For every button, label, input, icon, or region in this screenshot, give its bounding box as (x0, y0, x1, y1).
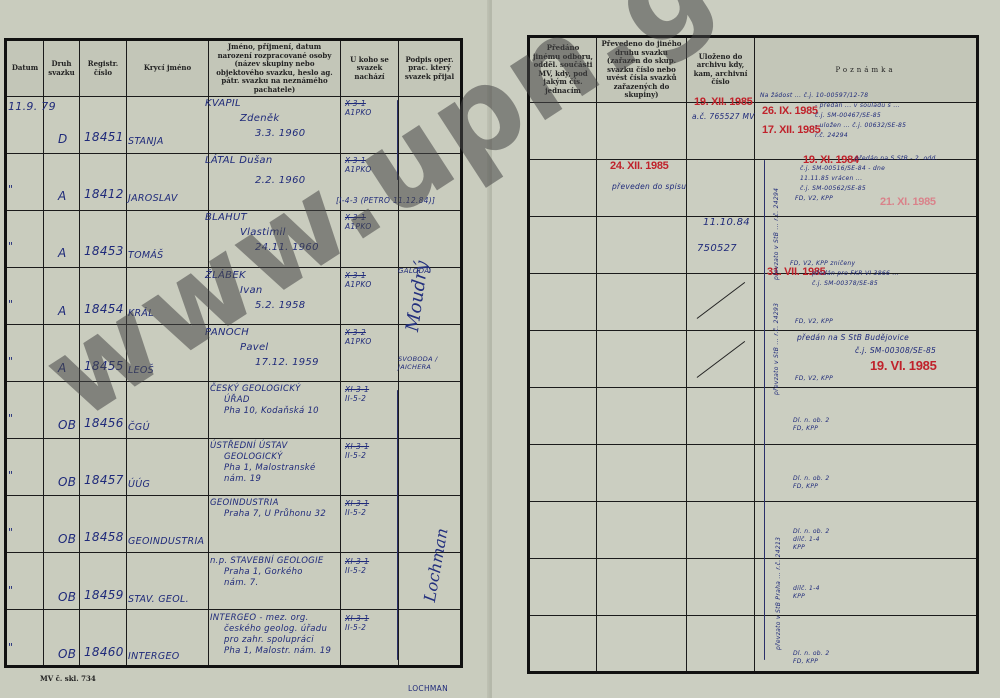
datum-value: " (8, 469, 13, 482)
poznamka-line: FD, V2, KPP (795, 318, 833, 325)
kryci-jmeno-value: JAROSLAV (128, 193, 178, 204)
poznamka-line: FD, KPP (793, 425, 818, 432)
osoba-line: 24.11. 1960 (255, 242, 319, 253)
registr-cislo-value: 18457 (84, 473, 124, 487)
kryci-jmeno-value: GEOINDUSTRIA (128, 536, 204, 547)
u-koho-line: A1PKO (345, 108, 372, 117)
u-koho-line: XI-3-1 (345, 385, 369, 394)
osoba-line: 5.2. 1958 (255, 300, 305, 311)
kryci-jmeno-value: KRÁL (128, 308, 154, 319)
u-koho-line: II-5-2 (345, 566, 366, 575)
right-cell (687, 558, 755, 615)
osoba-line: GEOINDUSTRIA (210, 498, 279, 508)
u-koho-line: II-5-2 (345, 623, 366, 632)
left-cell (80, 97, 127, 154)
kryci-jmeno-value: ÚÚG (128, 479, 150, 490)
poznamka-line: KPP (793, 544, 805, 551)
osoba-line: ÚSTŘEDNÍ ÚSTAV (210, 441, 288, 451)
right-cell (529, 558, 597, 615)
left-cell (399, 382, 462, 439)
right-cell (755, 558, 978, 615)
osoba-line: LÁTAL Dušan (205, 155, 272, 166)
osoba-line: Vlastimil (240, 227, 286, 238)
osoba-line: pro zahr. spolupráci (224, 635, 314, 645)
right-cell (597, 216, 687, 273)
u-koho-line: X-3-2 (345, 328, 366, 337)
osoba-line: českého geolog. úřadu (224, 624, 327, 634)
poznamka-line: 11.11.85 vrácen ... (800, 175, 862, 182)
archive-number: a.č. 765527 MV (692, 112, 755, 121)
poznamka-line: Dl. n. ob. 2 (793, 650, 829, 657)
registr-cislo-value: 18454 (84, 302, 124, 316)
transfer-note: převeden do spisu (612, 182, 686, 191)
poznamka-line: FD, V2, KPP (795, 195, 833, 202)
kryci-jmeno-value: ČGÚ (128, 422, 150, 433)
poznamka-line: č.j. SM-00467/SE-85 (815, 112, 881, 119)
right-cell (529, 216, 597, 273)
druh-value: OB (58, 418, 76, 432)
poznamka-line: předán na S StB - 2. odd. (855, 155, 938, 162)
right-cell (529, 102, 597, 159)
druh-value: OB (58, 647, 76, 661)
right-cell (597, 558, 687, 615)
left-cell (80, 268, 127, 325)
registr-cislo-value: 18412 (84, 187, 124, 201)
osoba-line: PANOCH (205, 327, 249, 338)
osoba-line: Praha 7, U Průhonu 32 (224, 509, 326, 519)
right-cell (529, 387, 597, 444)
left-cell (399, 211, 462, 268)
osoba-line: nám. 19 (224, 474, 261, 484)
right-table-row (529, 273, 978, 330)
poznamka-line: - předán ... v souladu s ... (815, 102, 900, 109)
datum-value: " (8, 355, 13, 368)
left-header-row: Datum Druh svazku Registr. číslo Krycí j… (6, 40, 462, 97)
poznamka-line: r.č. 24294 (815, 132, 848, 139)
registr-cislo-value: 18456 (84, 416, 124, 430)
poznamka-line: č.j. SM-00562/SE-85 (800, 185, 866, 192)
left-cell (6, 439, 44, 496)
osoba-line: Ivan (240, 285, 263, 296)
datum-value: " (8, 526, 13, 539)
osoba-line: Pha 1, Malostr. nám. 19 (224, 646, 331, 656)
u-koho-line: XI-3-1 (345, 614, 369, 623)
left-cell (6, 553, 44, 610)
right-table-row (529, 558, 978, 615)
osoba-line: ŽLÁBEK (205, 270, 246, 281)
kryci-jmeno-value: TOMÁŠ (128, 250, 164, 261)
right-cell (529, 273, 597, 330)
bracket-line (764, 160, 765, 660)
poznamka-line: - uložen ... č.j. 00632/SE-85 (815, 122, 906, 129)
druh-value: A (58, 189, 67, 203)
osoba-line: Praha 1, Gorkého (224, 567, 303, 577)
poznamka-line: Dl. n. ob. 2 (793, 475, 829, 482)
header-predano: Předáno jinému odboru, odděl. součásti M… (529, 37, 597, 103)
osoba-line: ÚŘAD (224, 395, 250, 405)
registr-cislo-value: 18455 (84, 359, 124, 373)
kryci-jmeno-value: STANJA (128, 136, 164, 147)
poznamka-line: č.j. SM-00516/SE-84 - dne (800, 165, 885, 172)
left-cell (399, 610, 462, 667)
druh-value: OB (58, 532, 76, 546)
right-cell (597, 102, 687, 159)
vertical-note: převzato v StB Praha ... r.č. 24213 (775, 537, 782, 650)
poznamka-line: Na žádost ... č.j. 10-00597/12-78 (760, 92, 868, 99)
left-cell (80, 211, 127, 268)
datum-value: " (8, 412, 13, 425)
u-koho-line: XI-3-1 (345, 557, 369, 566)
right-table-row (529, 615, 978, 672)
left-cell (80, 154, 127, 211)
right-cell (597, 330, 687, 387)
right-cell (755, 216, 978, 273)
poznamka-line: Dl. n. ob. 2 (793, 528, 829, 535)
kryci-jmeno-value: STAV. GEOL. (128, 594, 189, 605)
right-cell (529, 615, 597, 672)
left-cell (6, 382, 44, 439)
vertical-note: převzato v StB ... r.č. 24294 (773, 188, 780, 280)
header-u-koho: U koho se svazek nachází (341, 40, 399, 97)
header-ulozeno: Uloženo do archivu kdy, kam, archivní čí… (687, 37, 755, 103)
right-cell (597, 273, 687, 330)
left-cell (399, 325, 462, 382)
right-header-row: Předáno jinému odboru, odděl. součásti M… (529, 37, 978, 103)
datum-value: " (8, 298, 13, 311)
u-koho-line: II-5-2 (345, 508, 366, 517)
right-cell (755, 387, 978, 444)
right-cell (687, 102, 755, 159)
right-cell (529, 159, 597, 216)
podpis-svoboda: SVOBODA / JAICHERA (398, 355, 458, 371)
u-koho-line: A1PKO (345, 222, 372, 231)
right-cell (755, 501, 978, 558)
u-koho-line: II-5-2 (345, 394, 366, 403)
osoba-line: Pha 10, Kodaňská 10 (224, 406, 319, 416)
header-osoba: Jméno, příjmení, datum narození rozpraco… (209, 40, 341, 97)
registr-cislo-value: 18458 (84, 530, 124, 544)
osoba-line: nám. 7. (224, 578, 259, 588)
form-code: MV č. skl. 734 (40, 674, 96, 683)
left-cell (80, 325, 127, 382)
bracket-line (397, 390, 398, 660)
poznamka-line: FD, KPP (793, 483, 818, 490)
u-koho-line: X-3-1 (345, 99, 366, 108)
kryci-jmeno-value: LEOŠ (128, 365, 154, 376)
right-cell (597, 387, 687, 444)
right-cell (529, 444, 597, 501)
right-cell (687, 615, 755, 672)
archive-stamp: 19. XII. 1985 (694, 96, 752, 108)
date-stamp: 26. IX. 1985 (762, 105, 818, 117)
date-stamp-faded: 21. XI. 1985 (880, 196, 936, 208)
osoba-line: ČESKÝ GEOLOGICKÝ (210, 384, 301, 394)
u-koho-line: II-5-2 (345, 451, 366, 460)
registr-cislo-value: 18453 (84, 244, 124, 258)
right-cell (687, 387, 755, 444)
poznamka-line: Dl. n. ob. 2 (793, 417, 829, 424)
right-table-row (529, 444, 978, 501)
right-cell (597, 501, 687, 558)
left-cell (399, 439, 462, 496)
osoba-line: Zdeněk (240, 113, 279, 124)
right-table-row (529, 501, 978, 558)
u-koho-line: XI-3-1 (345, 442, 369, 451)
druh-value: A (58, 246, 67, 260)
poznamka-line: KPP (793, 593, 805, 600)
poznamka-line: předán pro FKR-VI 3866 ... (812, 270, 899, 277)
right-cell (597, 615, 687, 672)
poznamka-line: předán na S StB Budějovice (797, 333, 909, 342)
right-cell (529, 501, 597, 558)
registr-cislo-value: 18451 (84, 130, 124, 144)
date-stamp: 17. XII. 1985 (762, 124, 820, 136)
header-poznamka-label: Poznámka (835, 66, 895, 74)
date-stamp: 19. VI. 1985 (870, 358, 937, 373)
left-cell (6, 154, 44, 211)
podpis-galoda: GALODA (398, 267, 429, 275)
osoba-line: 3.3. 1960 (255, 128, 305, 139)
u-koho-line: X-3-1 (345, 213, 366, 222)
osoba-line: 2.2. 1960 (255, 175, 305, 186)
osoba-line: INTERGEO - mez. org. (210, 613, 309, 623)
left-cell (399, 97, 462, 154)
header-registr-cislo: Registr. číslo (80, 40, 127, 97)
right-table-row (529, 102, 978, 159)
right-cell (755, 444, 978, 501)
bracket-line (397, 100, 398, 180)
datum-value: " (8, 240, 13, 253)
registr-cislo-value: 18459 (84, 588, 124, 602)
archive-date: 11.10.84 (703, 217, 750, 228)
right-cell (687, 159, 755, 216)
osoba-line: 17.12. 1959 (255, 357, 319, 368)
druh-value: D (58, 132, 68, 146)
header-druh-svazku: Druh svazku (44, 40, 80, 97)
datum-value: " (8, 641, 13, 654)
transfer-stamp: 24. XII. 1985 (610, 160, 668, 172)
osoba-line: KVAPIL (205, 98, 241, 109)
left-cell (6, 268, 44, 325)
u-koho-line: X-3-1 (345, 156, 366, 165)
osoba-line: Pha 1, Malostranské (224, 463, 315, 473)
osoba-line: BLAHUT (205, 212, 247, 223)
osoba-line: n.p. STAVEBNÍ GEOLOGIE (210, 556, 324, 566)
right-cell (687, 444, 755, 501)
right-table-row (529, 387, 978, 444)
osoba-line: GEOLOGICKÝ (224, 452, 283, 462)
datum-value: " (8, 584, 13, 597)
druh-value: OB (58, 590, 76, 604)
header-kryci-jmeno: Krycí jméno (127, 40, 209, 97)
poznamka-line: č.j. SM-00308/SE-85 (855, 346, 936, 355)
datum-value: " (8, 183, 13, 196)
right-table-row (529, 216, 978, 273)
druh-value: A (58, 304, 67, 318)
poznamka-line: č.j. SM-00378/SE-85 (812, 280, 878, 287)
vertical-note: převzato v StB ... r.č. 24293 (773, 303, 780, 395)
header-prevedeno: Převedeno do jiného druhu svazku (zařaze… (597, 37, 687, 103)
u-koho-line: A1PKO (345, 165, 372, 174)
right-cell (597, 444, 687, 501)
poznamka-line: dílč. 1-4 (793, 536, 820, 543)
archive-number: 750527 (697, 243, 737, 254)
header-datum: Datum (6, 40, 44, 97)
left-cell (6, 496, 44, 553)
u-koho-line: X-3-1 (345, 271, 366, 280)
right-cell (755, 615, 978, 672)
poznamka-line: FD, KPP (793, 658, 818, 665)
right-cell (687, 501, 755, 558)
poznamka-line: FD, V2, KPP zničeny (790, 260, 855, 267)
u-koho-line: A1PKO (345, 280, 372, 289)
u-koho-line: A1PKO (345, 337, 372, 346)
registr-cislo-value: 18460 (84, 645, 124, 659)
header-podpis: Podpis oper. prac. který svazek přijal (399, 40, 462, 97)
poznamka-line: dílč. 1-4 (793, 585, 820, 592)
poznamka-line: FD, V2, KPP (795, 375, 833, 382)
left-cell (6, 610, 44, 667)
druh-value: OB (58, 475, 76, 489)
osoba-line: Pavel (240, 342, 269, 353)
right-cell (529, 330, 597, 387)
datum-value: 11.9. 79 (8, 100, 56, 113)
kryci-jmeno-value: INTERGEO (128, 651, 180, 662)
u-koho-line: [I-4-3 (PETRO 11.12.84)] (336, 196, 435, 205)
u-koho-line: XI-3-1 (345, 499, 369, 508)
left-cell (6, 211, 44, 268)
druh-value: A (58, 361, 67, 375)
podpis-lochman: LOCHMAN (408, 684, 448, 693)
left-cell (6, 325, 44, 382)
